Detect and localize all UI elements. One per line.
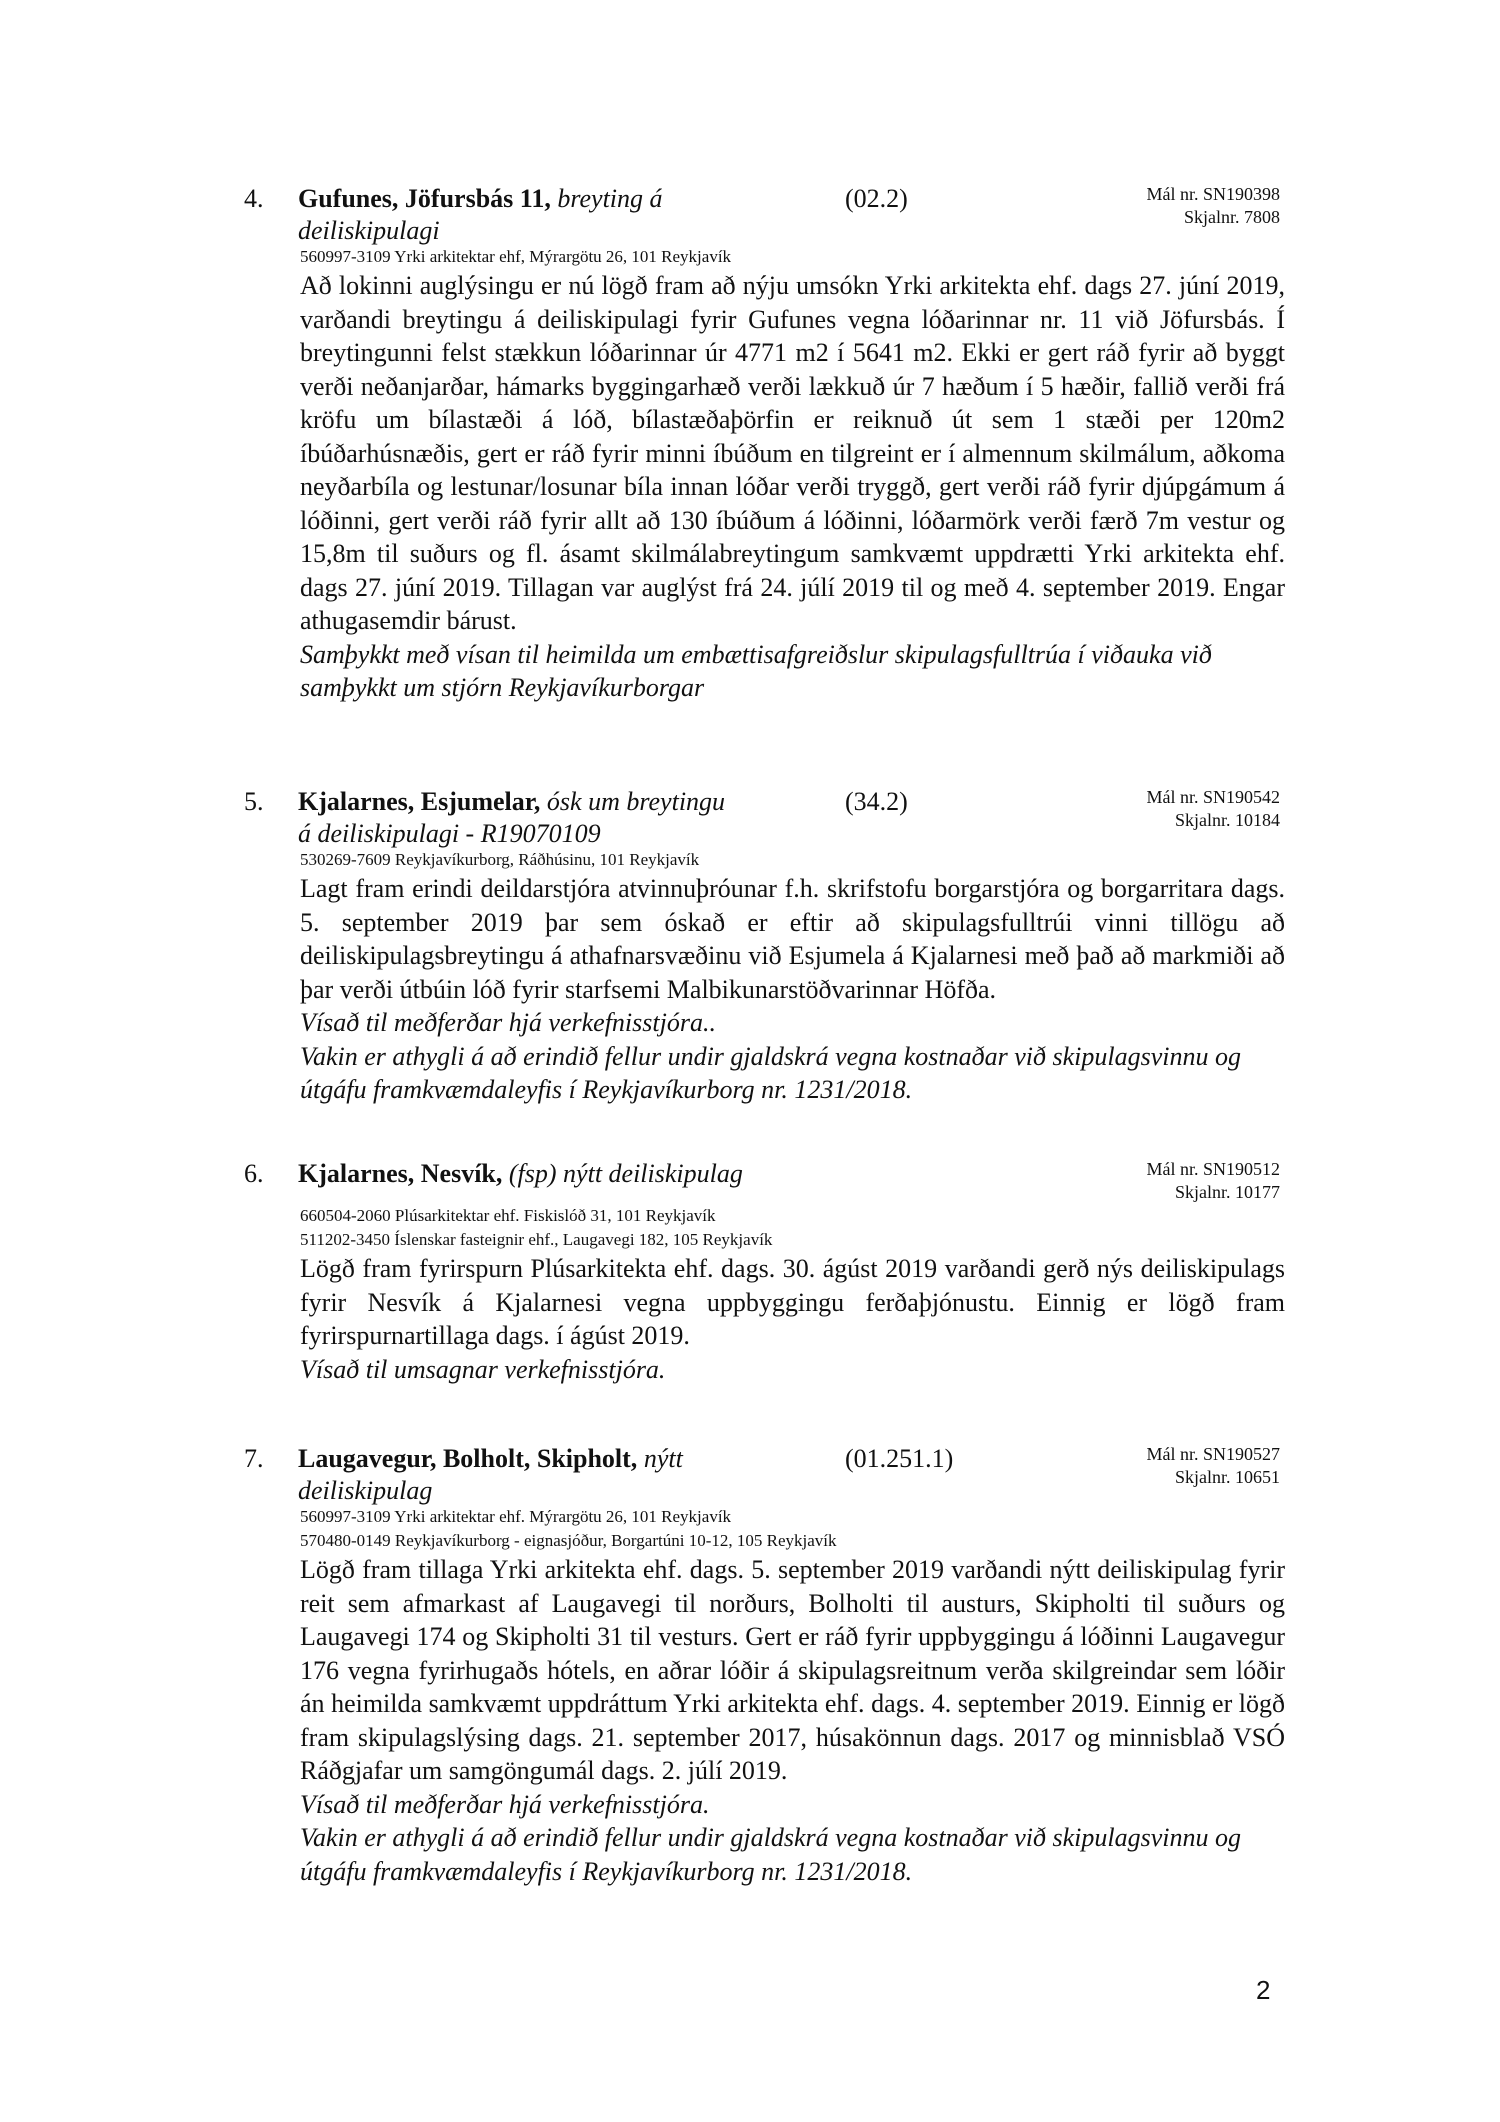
- item-code: (01.251.1): [845, 1443, 953, 1475]
- item-fee-note: Vakin er athygli á að erindið fellur und…: [300, 1821, 1285, 1888]
- item-refs: Mál nr. SN190527 Skjalnr. 10651: [1146, 1443, 1280, 1489]
- item-refs: Mál nr. SN190512 Skjalnr. 10177: [1146, 1158, 1280, 1204]
- applicant-list: 560997-3109 Yrki arkitektar ehf. Mýrargö…: [300, 1505, 836, 1553]
- item-number: 5.: [244, 786, 264, 818]
- item-code: (34.2): [845, 786, 908, 818]
- case-number: Mál nr. SN190542: [1146, 786, 1280, 809]
- item-description: Lagt fram erindi deildarstjóra atvinnuþr…: [300, 872, 1285, 1006]
- item-title: Laugavegur, Bolholt, Skipholt, nýtt deil…: [298, 1443, 718, 1507]
- item-title: Kjalarnes, Esjumelar, ósk um breytingu á…: [298, 786, 728, 850]
- item-decision: Vísað til umsagnar verkefnisstjóra.: [300, 1353, 1285, 1387]
- applicant: 530269-7609 Reykjavíkurborg, Ráðhúsinu, …: [300, 848, 699, 872]
- item-title-bold: Gufunes, Jöfursbás 11,: [298, 184, 551, 213]
- item-description: Að lokinni auglýsingu er nú lögð fram að…: [300, 269, 1285, 638]
- item-decision: Vísað til meðferðar hjá verkefnisstjóra.…: [300, 1006, 1285, 1040]
- item-title-bold: Laugavegur, Bolholt, Skipholt,: [298, 1444, 637, 1473]
- case-number: Mál nr. SN190398: [1146, 183, 1280, 206]
- item-body: Að lokinni auglýsingu er nú lögð fram að…: [300, 269, 1285, 705]
- item-body: Lögð fram fyrirspurn Plúsarkitekta ehf. …: [300, 1252, 1285, 1386]
- applicant: 560997-3109 Yrki arkitektar ehf. Mýrargö…: [300, 1505, 836, 1529]
- page-number: 2: [1256, 1975, 1270, 2006]
- case-number: Mál nr. SN190527: [1146, 1443, 1280, 1466]
- item-refs: Mál nr. SN190542 Skjalnr. 10184: [1146, 786, 1280, 832]
- item-description: Lögð fram tillaga Yrki arkitekta ehf. da…: [300, 1553, 1285, 1788]
- item-title-italic: (fsp) nýtt deiliskipulag: [509, 1159, 743, 1188]
- item-decision: Vísað til meðferðar hjá verkefnisstjóra.: [300, 1788, 1285, 1822]
- item-body: Lagt fram erindi deildarstjóra atvinnuþr…: [300, 872, 1285, 1107]
- item-body: Lögð fram tillaga Yrki arkitekta ehf. da…: [300, 1553, 1285, 1888]
- item-code: (02.2): [845, 183, 908, 215]
- item-fee-note: Vakin er athygli á að erindið fellur und…: [300, 1040, 1285, 1107]
- applicant: 560997-3109 Yrki arkitektar ehf, Mýrargö…: [300, 245, 731, 269]
- document-number: Skjalnr. 7808: [1146, 206, 1280, 229]
- applicant: 660504-2060 Plúsarkitektar ehf. Fiskisló…: [300, 1204, 772, 1228]
- item-refs: Mál nr. SN190398 Skjalnr. 7808: [1146, 183, 1280, 229]
- case-number: Mál nr. SN190512: [1146, 1158, 1280, 1181]
- document-number: Skjalnr. 10177: [1146, 1181, 1280, 1204]
- item-number: 7.: [244, 1443, 264, 1475]
- item-number: 4.: [244, 183, 264, 215]
- item-description: Lögð fram fyrirspurn Plúsarkitekta ehf. …: [300, 1252, 1285, 1353]
- document-number: Skjalnr. 10184: [1146, 809, 1280, 832]
- applicant: 570480-0149 Reykjavíkurborg - eignasjóðu…: [300, 1529, 836, 1553]
- item-decision: Samþykkt með vísan til heimilda um embæt…: [300, 638, 1285, 705]
- document-number: Skjalnr. 10651: [1146, 1466, 1280, 1489]
- item-number: 6.: [244, 1158, 264, 1190]
- applicant-list: 660504-2060 Plúsarkitektar ehf. Fiskisló…: [300, 1204, 772, 1252]
- item-title-bold: Kjalarnes, Nesvík,: [298, 1159, 502, 1188]
- applicant-list: 560997-3109 Yrki arkitektar ehf, Mýrargö…: [300, 245, 731, 269]
- item-title: Gufunes, Jöfursbás 11, breyting á deilis…: [298, 183, 718, 247]
- applicant: 511202-3450 Íslenskar fasteignir ehf., L…: [300, 1228, 772, 1252]
- applicant-list: 530269-7609 Reykjavíkurborg, Ráðhúsinu, …: [300, 848, 699, 872]
- item-title: Kjalarnes, Nesvík, (fsp) nýtt deiliskipu…: [298, 1158, 858, 1190]
- item-title-bold: Kjalarnes, Esjumelar,: [298, 787, 540, 816]
